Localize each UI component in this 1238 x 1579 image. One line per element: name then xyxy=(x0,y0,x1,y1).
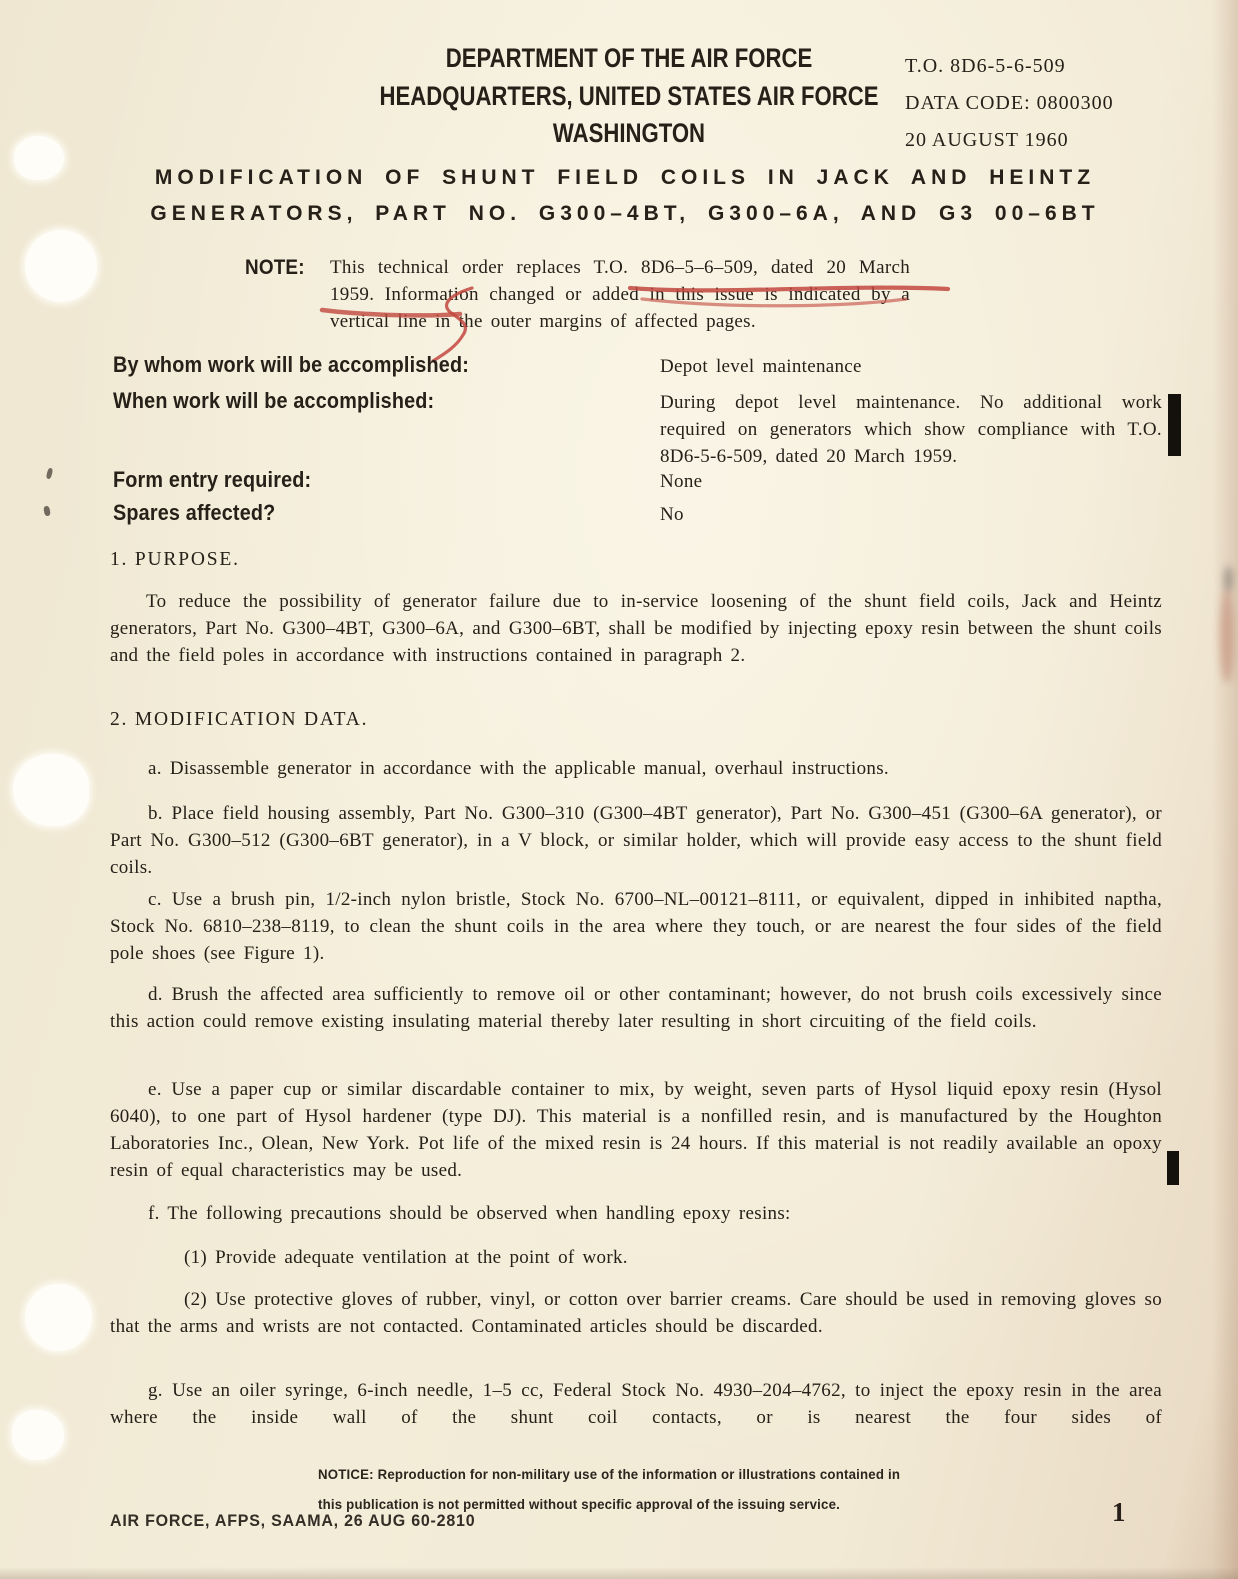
section-heading-purpose: 1. PURPOSE. xyxy=(110,549,240,571)
document-title-line-1: MODIFICATION OF SHUNT FIELD COILS IN JAC… xyxy=(95,160,1155,196)
change-bar xyxy=(1168,394,1181,456)
red-underline-march-1959 xyxy=(322,310,460,315)
paragraph-e: e. Use a paper cup or similar discardabl… xyxy=(110,1076,1162,1184)
page-number: 1 xyxy=(1112,1497,1126,1528)
paragraph-f2: (2) Use protective gloves of rubber, vin… xyxy=(110,1286,1162,1340)
paragraph-c: c. Use a brush pin, 1/2-inch nylon brist… xyxy=(110,886,1162,967)
work-row-value: Depot level maintenance xyxy=(660,353,1162,380)
letterhead: DEPARTMENT OF THE AIR FORCE HEADQUARTERS… xyxy=(358,40,899,153)
data-code: DATA CODE: 0800300 xyxy=(905,85,1114,122)
footer-imprint: AIR FORCE, AFPS, SAAMA, 26 AUG 60-2810 xyxy=(110,1512,475,1531)
ink-speck xyxy=(46,468,54,480)
work-row-value: During depot level maintenance. No addit… xyxy=(660,389,1162,470)
red-swoosh-mark xyxy=(433,288,472,361)
section-heading-modification-data: 2. MODIFICATION DATA. xyxy=(110,709,368,731)
document-id-block: T.O. 8D6-5-6-509 DATA CODE: 0800300 20 A… xyxy=(905,48,1114,159)
letterhead-line-1: DEPARTMENT OF THE AIR FORCE xyxy=(358,40,899,78)
document-title-line-2: GENERATORS, PART NO. G300–4BT, G300–6A, … xyxy=(95,196,1155,232)
letterhead-line-3: WASHINGTON xyxy=(358,115,899,153)
paragraph-g: g. Use an oiler syringe, 6-inch needle, … xyxy=(110,1377,1162,1431)
letterhead-line-2: HEADQUARTERS, UNITED STATES AIR FORCE xyxy=(358,78,899,116)
paragraph-f1: (1) Provide adequate ventilation at the … xyxy=(110,1244,1162,1271)
ink-speck xyxy=(43,506,51,517)
paragraph-b: b. Place field housing assembly, Part No… xyxy=(110,800,1162,881)
work-row-label: When work will be accomplished: xyxy=(113,388,434,414)
reproduction-notice: NOTICE: Reproduction for non-military us… xyxy=(318,1460,910,1520)
punch-hole xyxy=(25,1284,92,1351)
page-edge-shadow xyxy=(1212,0,1238,1579)
red-underline-sag xyxy=(642,299,906,306)
paragraph-d: d. Brush the affected area sufficiently … xyxy=(110,981,1162,1035)
punch-hole xyxy=(14,136,64,180)
paragraph-a: a. Disassemble generator in accordance w… xyxy=(110,755,1162,782)
punch-hole xyxy=(25,230,97,302)
work-row-label: Spares affected? xyxy=(113,500,275,526)
issue-date: 20 AUGUST 1960 xyxy=(905,122,1114,159)
page-edge-shadow xyxy=(0,1567,1238,1579)
work-row-label: By whom work will be accomplished: xyxy=(113,352,469,378)
punch-hole xyxy=(13,754,89,826)
document-page: DEPARTMENT OF THE AIR FORCE HEADQUARTERS… xyxy=(0,0,1238,1579)
work-row-value: No xyxy=(660,501,1162,528)
punch-hole xyxy=(12,1410,64,1460)
paragraph-purpose: To reduce the possibility of generator f… xyxy=(110,588,1162,669)
paragraph-f: f. The following precautions should be o… xyxy=(110,1200,1162,1227)
red-underline-to-number xyxy=(630,288,948,291)
change-bar xyxy=(1167,1151,1179,1185)
document-title: MODIFICATION OF SHUNT FIELD COILS IN JAC… xyxy=(95,160,1155,232)
to-number: T.O. 8D6-5-6-509 xyxy=(905,48,1114,85)
work-row-value: None xyxy=(660,468,1162,495)
note-label: NOTE: xyxy=(245,256,305,280)
work-row-label: Form entry required: xyxy=(113,467,311,493)
